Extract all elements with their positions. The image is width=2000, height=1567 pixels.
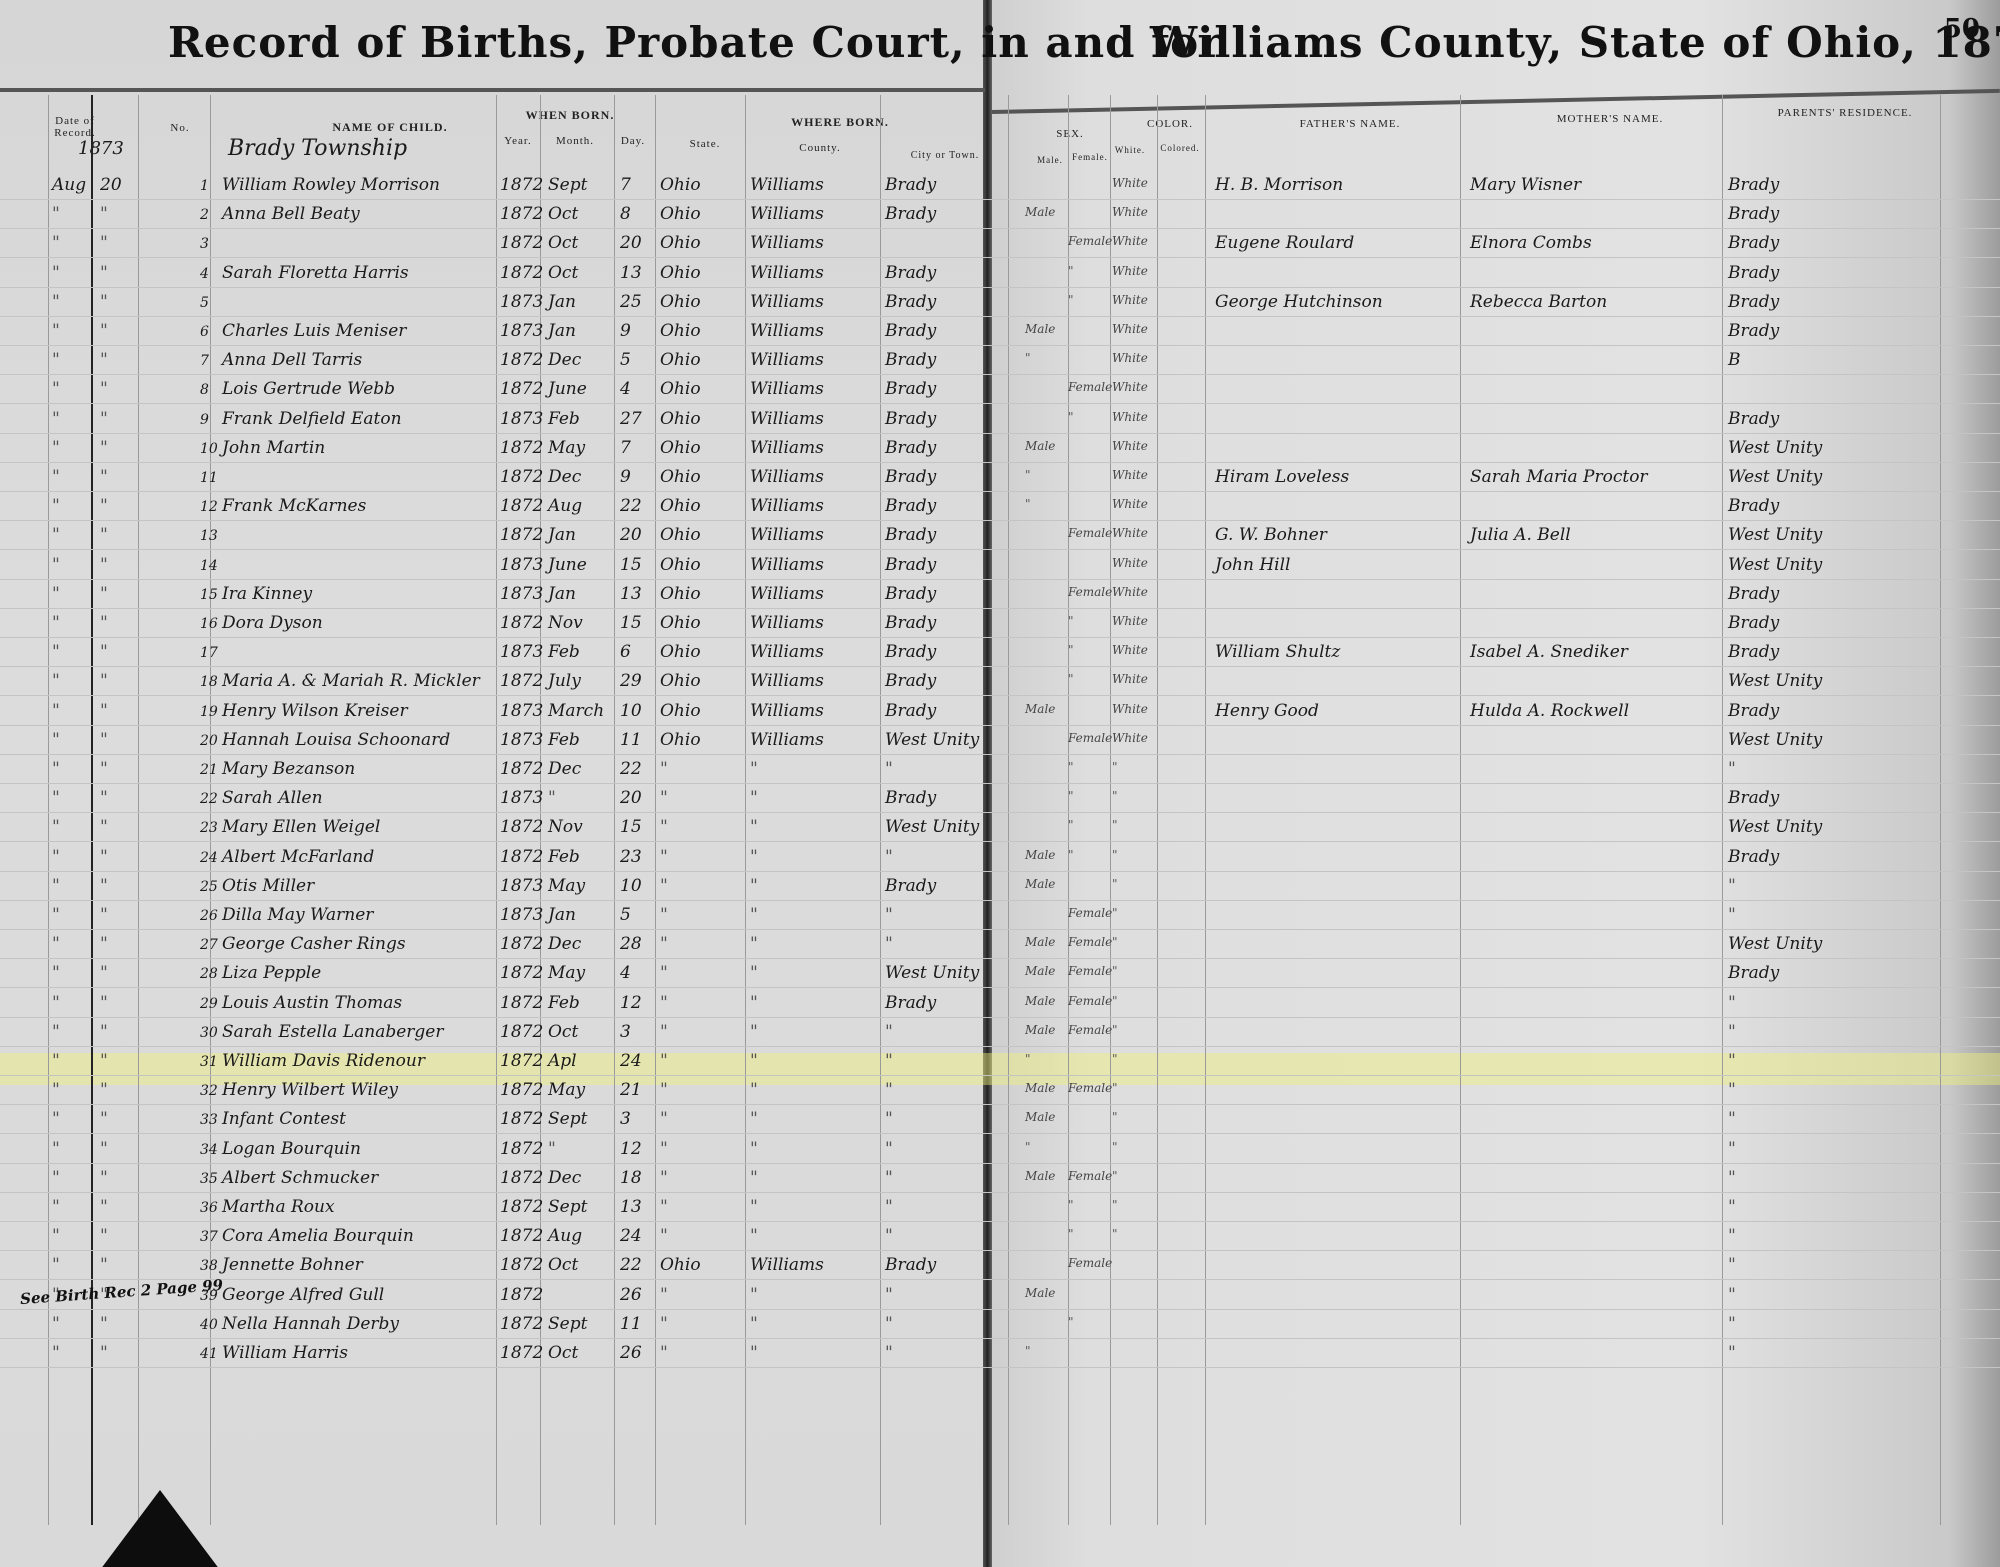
birth-county: Williams	[750, 732, 824, 749]
record-no: 16	[200, 617, 218, 631]
record-no: 9	[200, 413, 209, 427]
birth-state: "	[660, 1141, 668, 1158]
record-no: 19	[200, 705, 218, 719]
birth-city: Brady	[885, 790, 936, 807]
sex-female: Female	[1068, 1170, 1112, 1182]
date-day: "	[100, 1316, 108, 1333]
row-rule	[0, 783, 2000, 784]
date-day: "	[100, 265, 108, 282]
birth-county: Williams	[750, 323, 824, 340]
sex-male: Male	[1025, 323, 1055, 335]
row-rule	[0, 1309, 2000, 1310]
sex-male: "	[1025, 498, 1031, 510]
date-month: "	[52, 819, 60, 836]
birth-county: Williams	[750, 352, 824, 369]
date-day: "	[100, 1170, 108, 1187]
birth-city: "	[885, 1024, 893, 1041]
mother-name: Rebecca Barton	[1470, 294, 1607, 311]
rule	[655, 95, 656, 1525]
birth-city: West Unity	[885, 965, 979, 982]
row-rule	[0, 754, 2000, 755]
birth-state: Ohio	[660, 703, 701, 720]
row-rule	[0, 1367, 2000, 1368]
color-white: "	[1112, 1228, 1118, 1240]
date-month: "	[52, 673, 60, 690]
color-white: "	[1112, 995, 1118, 1007]
date-month: "	[52, 235, 60, 252]
parents-residence: "	[1728, 1141, 1736, 1158]
row-rule	[0, 900, 2000, 901]
date-day: "	[100, 1228, 108, 1245]
child-name: Maria A. & Mariah R. Mickler	[222, 673, 480, 690]
birth-county: "	[750, 1287, 758, 1304]
record-no: 17	[200, 646, 218, 660]
birth-city: Brady	[885, 557, 936, 574]
sex-female: Female	[1068, 995, 1112, 1007]
parents-residence: "	[1728, 907, 1736, 924]
birth-county: Williams	[750, 1257, 824, 1274]
birth-year: 1873	[500, 907, 543, 924]
date-day: "	[100, 732, 108, 749]
date-month: "	[52, 965, 60, 982]
birth-city: "	[885, 1345, 893, 1362]
birth-county: Williams	[750, 586, 824, 603]
child-name: Lois Gertrude Webb	[222, 381, 395, 398]
record-no: 2	[200, 208, 209, 222]
birth-month: Jan	[548, 586, 576, 603]
birth-month: Oct	[548, 206, 578, 223]
birth-month: Sept	[548, 1111, 587, 1128]
record-no: 27	[200, 938, 218, 952]
mother-name: Isabel A. Snediker	[1470, 644, 1628, 661]
birth-day: 20	[620, 527, 642, 544]
birth-month: Jan	[548, 527, 576, 544]
sex-female: Female	[1068, 381, 1112, 393]
birth-city: Brady	[885, 440, 936, 457]
birth-state: "	[660, 1053, 668, 1070]
birth-city: "	[885, 761, 893, 778]
birth-city: Brady	[885, 498, 936, 515]
birth-year: 1872	[500, 1141, 543, 1158]
date-day: "	[100, 1111, 108, 1128]
birth-state: Ohio	[660, 498, 701, 515]
col-mother: MOTHER'S NAME.	[1530, 113, 1690, 125]
date-day: "	[100, 849, 108, 866]
birth-city: "	[885, 907, 893, 924]
father-name: Henry Good	[1215, 703, 1319, 720]
birth-city: Brady	[885, 411, 936, 428]
birth-year: 1873	[500, 294, 543, 311]
parents-residence: Brady	[1728, 965, 1779, 982]
parents-residence: West Unity	[1728, 527, 1822, 544]
birth-city: "	[885, 1287, 893, 1304]
parents-residence: West Unity	[1728, 673, 1822, 690]
birth-state: Ohio	[660, 557, 701, 574]
record-no: 30	[200, 1026, 218, 1040]
date-day: "	[100, 703, 108, 720]
date-day: "	[100, 294, 108, 311]
record-no: 34	[200, 1143, 218, 1157]
birth-day: 23	[620, 849, 642, 866]
parents-residence: West Unity	[1728, 732, 1822, 749]
parents-residence: West Unity	[1728, 469, 1822, 486]
birth-month: Feb	[548, 732, 580, 749]
color-white: "	[1112, 936, 1118, 948]
row-rule	[0, 1133, 2000, 1134]
birth-state: Ohio	[660, 586, 701, 603]
birth-month: July	[548, 673, 581, 690]
birth-day: 20	[620, 790, 642, 807]
birth-county: "	[750, 1082, 758, 1099]
col-no: No.	[160, 122, 200, 134]
birth-day: 18	[620, 1170, 642, 1187]
sex-female: Female	[1068, 1024, 1112, 1036]
row-rule	[0, 1163, 2000, 1164]
date-month: "	[52, 761, 60, 778]
birth-city: Brady	[885, 265, 936, 282]
row-rule	[0, 1192, 2000, 1193]
birth-county: "	[750, 965, 758, 982]
birth-day: 26	[620, 1287, 642, 1304]
birth-year: 1872	[500, 352, 543, 369]
color-white: "	[1112, 965, 1118, 977]
parents-residence: B	[1728, 352, 1741, 369]
row-rule	[0, 462, 2000, 463]
birth-city: "	[885, 1316, 893, 1333]
child-name: Jennette Bohner	[222, 1257, 363, 1274]
parents-residence: Brady	[1728, 294, 1779, 311]
birth-county: "	[750, 1345, 758, 1362]
birth-county: Williams	[750, 498, 824, 515]
birth-month: May	[548, 965, 585, 982]
birth-year: 1872	[500, 527, 543, 544]
parents-residence: Brady	[1728, 235, 1779, 252]
father-name: G. W. Bohner	[1215, 527, 1327, 544]
birth-county: Williams	[750, 235, 824, 252]
rule	[1460, 95, 1461, 1525]
date-day: "	[100, 469, 108, 486]
record-no: 22	[200, 792, 218, 806]
birth-state: Ohio	[660, 235, 701, 252]
color-white: "	[1112, 907, 1118, 919]
birth-month: Oct	[548, 1257, 578, 1274]
color-white: White	[1112, 323, 1148, 335]
birth-day: 25	[620, 294, 642, 311]
birth-month: Feb	[548, 644, 580, 661]
father-name: William Shultz	[1215, 644, 1340, 661]
parents-residence: Brady	[1728, 411, 1779, 428]
record-no: 15	[200, 588, 218, 602]
col-state: State.	[675, 138, 735, 150]
birth-year: 1872	[500, 1257, 543, 1274]
sex-female: "	[1068, 294, 1074, 306]
rule	[1110, 95, 1111, 1525]
row-rule	[0, 520, 2000, 521]
birth-city: Brady	[885, 469, 936, 486]
sex-male: Male	[1025, 965, 1055, 977]
sex-male: "	[1025, 469, 1031, 481]
parents-residence: Brady	[1728, 498, 1779, 515]
birth-county: Williams	[750, 265, 824, 282]
child-name: Sarah Floretta Harris	[222, 265, 409, 282]
parents-residence: Brady	[1728, 790, 1779, 807]
row-rule	[0, 287, 2000, 288]
birth-month: Jan	[548, 323, 576, 340]
rule	[614, 95, 615, 1525]
sex-female: "	[1068, 1316, 1074, 1328]
sex-male: Male	[1025, 1287, 1055, 1299]
row-rule	[0, 1279, 2000, 1280]
date-day: "	[100, 995, 108, 1012]
birth-state: "	[660, 761, 668, 778]
row-rule	[0, 316, 2000, 317]
birth-year: 1872	[500, 1082, 543, 1099]
birth-state: "	[660, 995, 668, 1012]
date-month: "	[52, 265, 60, 282]
birth-year: 1873	[500, 644, 543, 661]
record-no: 32	[200, 1084, 218, 1098]
birth-day: 22	[620, 761, 642, 778]
birth-city: Brady	[885, 673, 936, 690]
birth-city: West Unity	[885, 732, 979, 749]
color-white: White	[1112, 440, 1148, 452]
rule	[138, 95, 139, 1525]
parents-residence: West Unity	[1728, 936, 1822, 953]
birth-day: 11	[620, 1316, 642, 1333]
birth-year: 1872	[500, 1228, 543, 1245]
date-month: "	[52, 1345, 60, 1362]
child-name: Henry Wilson Kreiser	[222, 703, 408, 720]
rule	[1157, 95, 1158, 1525]
parents-residence: West Unity	[1728, 819, 1822, 836]
birth-county: "	[750, 1316, 758, 1333]
date-day: "	[100, 936, 108, 953]
sex-male: Male	[1025, 995, 1055, 1007]
birth-month: "	[548, 790, 556, 807]
parents-residence: West Unity	[1728, 440, 1822, 457]
record-no: 12	[200, 500, 218, 514]
birth-county: "	[750, 1053, 758, 1070]
birth-county: Williams	[750, 294, 824, 311]
parents-residence: "	[1728, 1170, 1736, 1187]
rule	[48, 95, 49, 1525]
date-day: "	[100, 1141, 108, 1158]
sex-female: Female	[1068, 235, 1112, 247]
birth-year: 1872	[500, 1287, 543, 1304]
sex-female: Female	[1068, 1082, 1112, 1094]
father-name: Eugene Roulard	[1215, 235, 1354, 252]
child-name: Sarah Estella Lanaberger	[222, 1024, 443, 1041]
record-no: 11	[200, 471, 218, 485]
birth-county: "	[750, 1199, 758, 1216]
birth-year: 1872	[500, 673, 543, 690]
child-name: George Casher Rings	[222, 936, 406, 953]
color-white: "	[1112, 1199, 1118, 1211]
birth-city: Brady	[885, 1257, 936, 1274]
col-color: COLOR.	[1135, 118, 1205, 130]
birth-month: June	[548, 557, 587, 574]
birth-county: Williams	[750, 177, 824, 194]
date-day: "	[100, 673, 108, 690]
birth-state: "	[660, 965, 668, 982]
birth-day: 8	[620, 206, 631, 223]
record-no: 20	[200, 734, 218, 748]
date-day: "	[100, 644, 108, 661]
parents-residence: "	[1728, 1199, 1736, 1216]
birth-year: 1872	[500, 936, 543, 953]
date-month: "	[52, 498, 60, 515]
birth-year: 1873	[500, 586, 543, 603]
birth-month: Dec	[548, 469, 581, 486]
birth-day: 24	[620, 1053, 642, 1070]
child-name: Sarah Allen	[222, 790, 323, 807]
birth-year: 1873	[500, 790, 543, 807]
birth-day: 3	[620, 1111, 631, 1128]
color-white: "	[1112, 790, 1118, 802]
col-male: Male.	[1030, 155, 1070, 165]
birth-day: 6	[620, 644, 631, 661]
birth-county: "	[750, 1111, 758, 1128]
date-month: "	[52, 995, 60, 1012]
birth-state: "	[660, 1199, 668, 1216]
sex-male: Male	[1025, 849, 1055, 861]
date-day: "	[100, 1257, 108, 1274]
date-month: "	[52, 1199, 60, 1216]
mother-name: Sarah Maria Proctor	[1470, 469, 1648, 486]
birth-city: West Unity	[885, 819, 979, 836]
rule	[880, 95, 881, 1525]
sex-male: "	[1025, 1345, 1031, 1357]
date-day: "	[100, 1199, 108, 1216]
row-rule	[0, 1338, 2000, 1339]
birth-county: Williams	[750, 557, 824, 574]
parents-residence: "	[1728, 878, 1736, 895]
date-month: "	[52, 1024, 60, 1041]
birth-day: 28	[620, 936, 642, 953]
date-month: "	[52, 1228, 60, 1245]
date-month: "	[52, 469, 60, 486]
date-month: "	[52, 381, 60, 398]
child-name: Otis Miller	[222, 878, 314, 895]
col-name-of-child: NAME OF CHILD.	[300, 120, 480, 135]
sex-female: "	[1068, 849, 1074, 861]
rule	[1205, 95, 1206, 1525]
date-month: "	[52, 936, 60, 953]
date-month: "	[52, 1111, 60, 1128]
birth-city: Brady	[885, 206, 936, 223]
child-name: Frank McKarnes	[222, 498, 366, 515]
birth-state: Ohio	[660, 615, 701, 632]
record-no: 31	[200, 1055, 218, 1069]
birth-city: "	[885, 1141, 893, 1158]
color-white: White	[1112, 644, 1148, 656]
sex-female: Female	[1068, 732, 1112, 744]
birth-state: "	[660, 1170, 668, 1187]
birth-state: Ohio	[660, 381, 701, 398]
sex-male: Male	[1025, 1170, 1055, 1182]
birth-day: 9	[620, 323, 631, 340]
birth-city: "	[885, 849, 893, 866]
birth-year: 1872	[500, 265, 543, 282]
birth-county: Williams	[750, 673, 824, 690]
birth-state: Ohio	[660, 265, 701, 282]
sex-male: Male	[1025, 440, 1055, 452]
date-month: "	[52, 323, 60, 340]
birth-day: 13	[620, 1199, 642, 1216]
birth-state: Ohio	[660, 527, 701, 544]
date-month: "	[52, 440, 60, 457]
rule	[1068, 95, 1069, 1525]
record-no: 13	[200, 529, 218, 543]
sex-male: "	[1025, 352, 1031, 364]
sex-female: "	[1068, 790, 1074, 802]
color-white: White	[1112, 177, 1148, 189]
record-year: 1873	[78, 140, 124, 158]
sex-male: Male	[1025, 936, 1055, 948]
birth-month: Apl	[548, 1053, 577, 1070]
sex-male: Male	[1025, 1024, 1055, 1036]
record-no: 24	[200, 851, 218, 865]
birth-state: "	[660, 1082, 668, 1099]
record-no: 25	[200, 880, 218, 894]
color-white: "	[1112, 1024, 1118, 1036]
row-rule	[0, 257, 2000, 258]
birth-state: "	[660, 1345, 668, 1362]
birth-city: Brady	[885, 177, 936, 194]
date-month: "	[52, 878, 60, 895]
birth-county: Williams	[750, 469, 824, 486]
birth-year: 1873	[500, 411, 543, 428]
record-no: 5	[200, 296, 209, 310]
birth-day: 7	[620, 440, 631, 457]
birth-state: Ohio	[660, 323, 701, 340]
sex-male: "	[1025, 1141, 1031, 1153]
date-month: "	[52, 1170, 60, 1187]
birth-day: 15	[620, 819, 642, 836]
birth-year: 1872	[500, 381, 543, 398]
sex-female: "	[1068, 1228, 1074, 1240]
child-name: Liza Pepple	[222, 965, 321, 982]
birth-county: "	[750, 819, 758, 836]
sex-female: Female	[1068, 586, 1112, 598]
birth-state: Ohio	[660, 673, 701, 690]
father-name: Hiram Loveless	[1215, 469, 1349, 486]
date-month: "	[52, 557, 60, 574]
birth-city: Brady	[885, 352, 936, 369]
birth-county: "	[750, 790, 758, 807]
birth-month: Dec	[548, 1170, 581, 1187]
date-month: "	[52, 411, 60, 428]
color-white: "	[1112, 761, 1118, 773]
birth-day: 15	[620, 557, 642, 574]
color-white: White	[1112, 703, 1148, 715]
mother-name: Hulda A. Rockwell	[1470, 703, 1629, 720]
birth-county: Williams	[750, 703, 824, 720]
sex-female: Female	[1068, 907, 1112, 919]
birth-city: Brady	[885, 294, 936, 311]
row-rule	[0, 725, 2000, 726]
rule	[1940, 95, 1941, 1525]
birth-day: 22	[620, 1257, 642, 1274]
mother-name: Julia A. Bell	[1470, 527, 1571, 544]
birth-month: "	[548, 1141, 556, 1158]
birth-day: 21	[620, 1082, 642, 1099]
header-rule-left	[0, 88, 985, 92]
col-residence: PARENTS' RESIDENCE.	[1730, 107, 1960, 119]
birth-month: Oct	[548, 265, 578, 282]
parents-residence: Brady	[1728, 644, 1779, 661]
row-rule	[0, 1104, 2000, 1105]
